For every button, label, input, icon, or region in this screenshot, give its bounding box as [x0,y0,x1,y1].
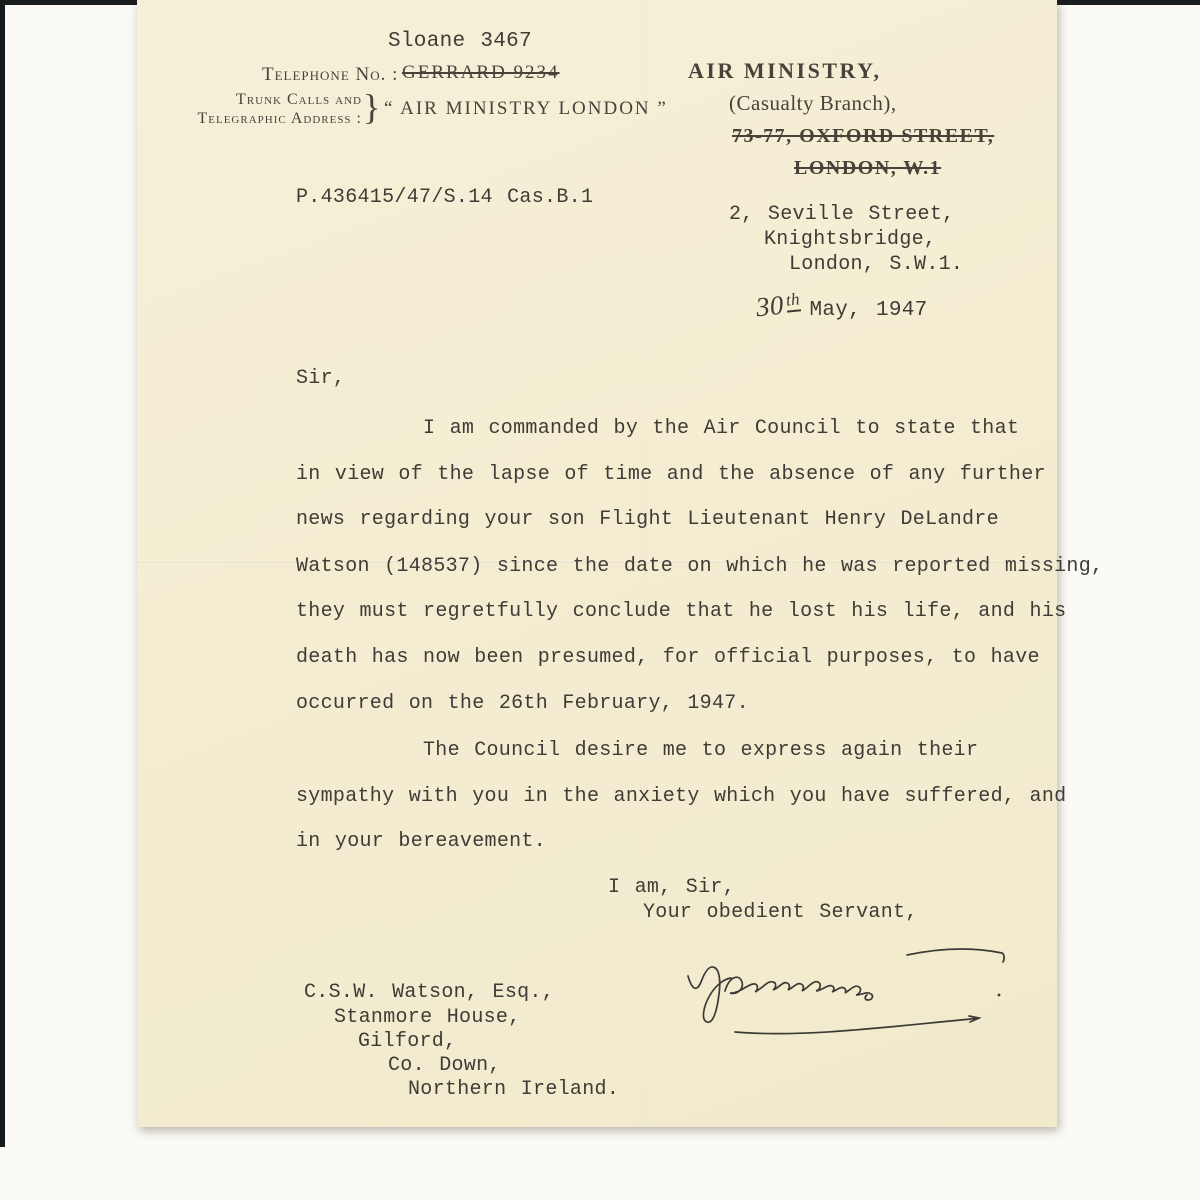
sender-address-line: London, S.W.1. [789,253,963,276]
body-line: in your bereavement. [296,830,546,853]
sender-address-line: Knightsbridge, [764,228,936,251]
body-line: occurred on the 26th February, 1947. [296,692,749,715]
closing-line: I am, Sir, [608,876,735,899]
phone-number-current: Sloane 3467 [388,30,532,53]
trunk-label-line2: Telegraphic Address : [182,109,362,128]
body-line: death has now been presumed, for officia… [296,646,1040,669]
scan-stage: Sloane 3467 Telephone No. : GERRARD 9234… [0,0,1200,1200]
reference-number: P.436415/47/S.14 Cas.B.1 [296,186,593,209]
phone-number-struck: GERRARD 9234 [402,62,560,84]
body-line: I am commanded by the Air Council to sta… [423,417,1019,440]
body-line: The Council desire me to express again t… [423,739,978,762]
recipient-line: Co. Down, [388,1054,501,1077]
closing-line: Your obedient Servant, [643,901,918,924]
date-day-handwritten: 30 [754,290,785,324]
scanner-edge-left [0,0,5,1147]
body-line: in view of the lapse of time and the abs… [296,463,1046,486]
struck-address-line2: LONDON, W.1 [794,157,941,180]
phone-label: Telephone No. : [262,64,398,86]
letter-date: 30thMay, 1947 [756,290,928,322]
signature-handwriting [655,938,1020,1050]
ministry-name: AIR MINISTRY, [688,58,882,84]
date-ordinal-handwritten: th [784,289,800,312]
recipient-line: Northern Ireland. [408,1078,619,1101]
body-line: news regarding your son Flight Lieutenan… [296,508,999,531]
ministry-branch: (Casualty Branch), [729,91,897,116]
trunk-telegraphic-label: Trunk Calls and Telegraphic Address : [182,90,362,128]
salutation: Sir, [296,367,345,390]
body-line: sympathy with you in the anxiety which y… [296,785,1066,808]
body-line: Watson (148537) since the date on which … [296,555,1103,578]
telegraphic-address: “ AIR MINISTRY LONDON ” [384,98,668,120]
body-line: they must regretfully conclude that he l… [296,600,1066,623]
struck-address-line1: 73-77, OXFORD STREET, [732,125,994,148]
recipient-line: C.S.W. Watson, Esq., [304,981,554,1004]
date-month-year: May, 1947 [809,299,927,322]
trunk-label-line1: Trunk Calls and [182,90,362,109]
sender-address-line: 2, Seville Street, [729,203,954,226]
recipient-line: Stanmore House, [334,1006,521,1029]
brace-glyph: } [363,86,380,128]
recipient-line: Gilford, [358,1030,456,1053]
